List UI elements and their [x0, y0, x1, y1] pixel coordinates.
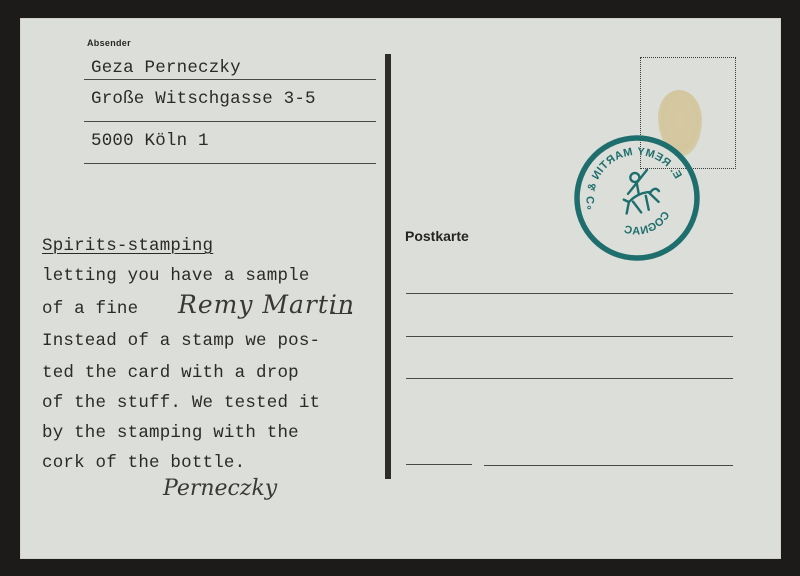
sender-name: Geza Perneczky	[91, 58, 241, 78]
postcode-line	[406, 464, 472, 465]
address-line-2	[406, 336, 733, 337]
sender-street: Große Witschgasse 3-5	[91, 89, 316, 109]
remy-martin-postmark-icon: E. REMY MARTIN & Cº COGNAC	[572, 133, 702, 263]
handwriting-flourish	[330, 313, 352, 314]
message-line-1: letting you have a sample	[42, 266, 310, 286]
message-line-7: cork of the bottle.	[42, 453, 245, 473]
sender-rule-1	[84, 79, 376, 80]
address-line-1	[406, 293, 733, 294]
city-line	[484, 465, 733, 466]
sender-rule-2	[84, 121, 376, 122]
message-line-6: by the stamping with the	[42, 423, 299, 443]
signature: Perneczky	[163, 476, 277, 501]
message-line-2: of a fine	[42, 299, 138, 319]
message-line-4: ted the card with a drop	[42, 363, 299, 383]
handwritten-brand: Remy Martin	[178, 290, 355, 319]
message-line-3: Instead of a stamp we pos-	[42, 331, 320, 351]
postkarte-label: Postkarte	[405, 228, 469, 244]
vertical-divider	[385, 54, 391, 479]
address-line-3	[406, 378, 733, 379]
absender-label: Absender	[87, 38, 131, 48]
message-title: Spirits-stamping	[42, 236, 213, 256]
sender-rule-3	[84, 163, 376, 164]
sender-city: 5000 Köln 1	[91, 131, 209, 151]
message-line-5: of the stuff. We tested it	[42, 393, 320, 413]
